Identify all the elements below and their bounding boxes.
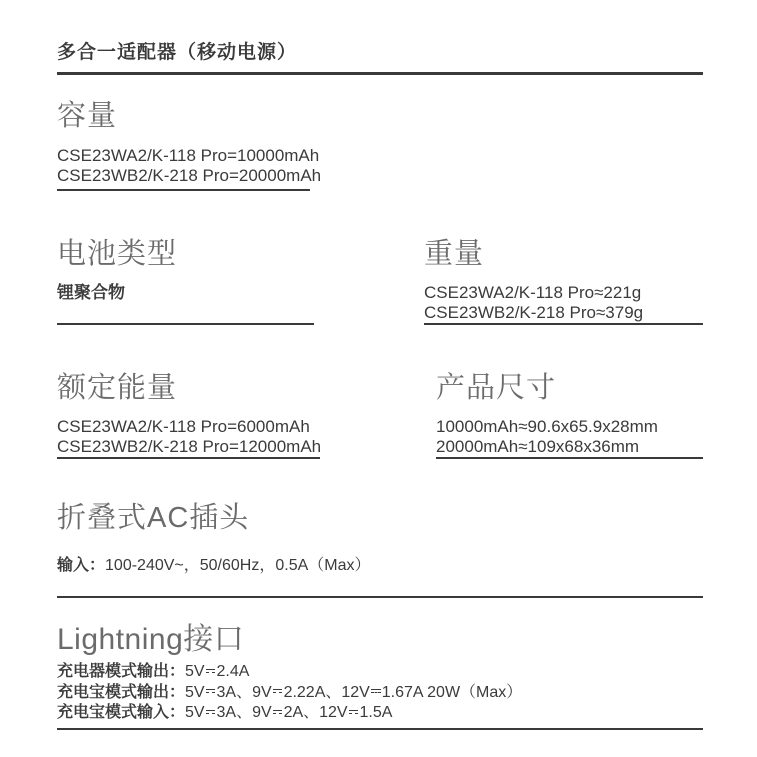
battery-type-divider bbox=[57, 323, 314, 325]
rated-energy-line-1: CSE23WA2/K-118 Pro=6000mAh bbox=[57, 417, 424, 437]
weight-line-2: CSE23WB2/K-218 Pro≈379g bbox=[424, 303, 703, 323]
powerbank-output-value: 5V3A、9V2.22A、12V1.67A 20W（Max） bbox=[185, 684, 522, 701]
lightning-row-powerbank-input: 充电宝模式输入：5V3A、9V2A、12V1.5A bbox=[57, 703, 703, 724]
dimensions-line-2: 20000mAh≈109x68x36mm bbox=[436, 437, 703, 457]
ac-input-line: 输入：100-240V~，50/60Hz，0.5A（Max） bbox=[57, 555, 703, 577]
battery-type-section: 电池类型 锂聚合物 bbox=[57, 237, 424, 325]
powerbank-output-label: 充电宝模式输出： bbox=[57, 684, 185, 701]
weight-line-1: CSE23WA2/K-118 Pro≈221g bbox=[424, 283, 703, 303]
dimensions-divider bbox=[436, 457, 703, 459]
page-title: 多合一适配器（移动电源） bbox=[57, 42, 703, 64]
header-divider bbox=[57, 72, 703, 75]
spec-row-battery-weight: 电池类型 锂聚合物 重量 CSE23WA2/K-118 Pro≈221g CSE… bbox=[57, 237, 703, 325]
capacity-divider bbox=[57, 189, 310, 191]
dimensions-values: 10000mAh≈90.6x65.9x28mm 20000mAh≈109x68x… bbox=[436, 417, 703, 457]
ac-input-label: 输入： bbox=[57, 557, 105, 574]
lightning-row-charger-output: 充电器模式输出：5V2.4A bbox=[57, 662, 703, 683]
page-header: 多合一适配器（移动电源） bbox=[57, 42, 703, 75]
dimensions-line-1: 10000mAh≈90.6x65.9x28mm bbox=[436, 417, 703, 437]
capacity-line-1: CSE23WA2/K-118 Pro=10000mAh bbox=[57, 146, 703, 166]
dc-symbol-icon bbox=[371, 687, 381, 696]
capacity-line-2: CSE23WB2/K-218 Pro=20000mAh bbox=[57, 166, 703, 186]
rated-energy-heading: 额定能量 bbox=[57, 371, 424, 405]
charger-output-label: 充电器模式输出： bbox=[57, 663, 185, 680]
spec-sheet-page: 多合一适配器（移动电源） 容量 CSE23WA2/K-118 Pro=10000… bbox=[0, 0, 757, 757]
lightning-section: Lightning接口 充电器模式输出：5V2.4A 充电宝模式输出：5V3A、… bbox=[57, 622, 703, 730]
dc-symbol-icon bbox=[206, 687, 216, 696]
rated-energy-divider bbox=[57, 457, 320, 459]
powerbank-input-label: 充电宝模式输入： bbox=[57, 704, 185, 721]
ac-plug-heading: 折叠式AC插头 bbox=[57, 501, 703, 535]
battery-type-heading: 电池类型 bbox=[57, 237, 424, 271]
capacity-heading: 容量 bbox=[57, 99, 703, 133]
weight-section: 重量 CSE23WA2/K-118 Pro≈221g CSE23WB2/K-21… bbox=[424, 237, 703, 325]
lightning-spec-rows: 充电器模式输出：5V2.4A 充电宝模式输出：5V3A、9V2.22A、12V1… bbox=[57, 662, 703, 724]
lightning-divider bbox=[57, 728, 703, 730]
battery-type-values: 锂聚合物 bbox=[57, 283, 424, 303]
dc-symbol-icon bbox=[273, 687, 283, 696]
powerbank-input-value: 5V3A、9V2A、12V1.5A bbox=[185, 704, 392, 721]
charger-output-value: 5V2.4A bbox=[185, 663, 249, 680]
dc-symbol-icon bbox=[206, 708, 216, 717]
ac-input-value: 100-240V~，50/60Hz，0.5A（Max） bbox=[105, 557, 370, 574]
ac-plug-section: 折叠式AC插头 输入：100-240V~，50/60Hz，0.5A（Max） bbox=[57, 501, 703, 598]
ac-plug-divider bbox=[57, 596, 703, 598]
lightning-heading: Lightning接口 bbox=[57, 622, 703, 658]
rated-energy-section: 额定能量 CSE23WA2/K-118 Pro=6000mAh CSE23WB2… bbox=[57, 371, 424, 459]
dc-symbol-icon bbox=[206, 667, 216, 676]
dimensions-section: 产品尺寸 10000mAh≈90.6x65.9x28mm 20000mAh≈10… bbox=[424, 371, 703, 459]
weight-values: CSE23WA2/K-118 Pro≈221g CSE23WB2/K-218 P… bbox=[424, 283, 703, 323]
dimensions-heading: 产品尺寸 bbox=[436, 371, 703, 405]
dc-symbol-icon bbox=[273, 708, 283, 717]
weight-heading: 重量 bbox=[424, 237, 703, 271]
capacity-section: 容量 CSE23WA2/K-118 Pro=10000mAh CSE23WB2/… bbox=[57, 99, 703, 191]
rated-energy-values: CSE23WA2/K-118 Pro=6000mAh CSE23WB2/K-21… bbox=[57, 417, 424, 457]
weight-divider bbox=[424, 323, 703, 325]
battery-type-value: 锂聚合物 bbox=[57, 283, 424, 303]
dc-symbol-icon bbox=[349, 708, 359, 717]
lightning-row-powerbank-output: 充电宝模式输出：5V3A、9V2.22A、12V1.67A 20W（Max） bbox=[57, 683, 703, 704]
capacity-values: CSE23WA2/K-118 Pro=10000mAh CSE23WB2/K-2… bbox=[57, 146, 703, 186]
spec-row-energy-dimensions: 额定能量 CSE23WA2/K-118 Pro=6000mAh CSE23WB2… bbox=[57, 371, 703, 459]
rated-energy-line-2: CSE23WB2/K-218 Pro=12000mAh bbox=[57, 437, 424, 457]
